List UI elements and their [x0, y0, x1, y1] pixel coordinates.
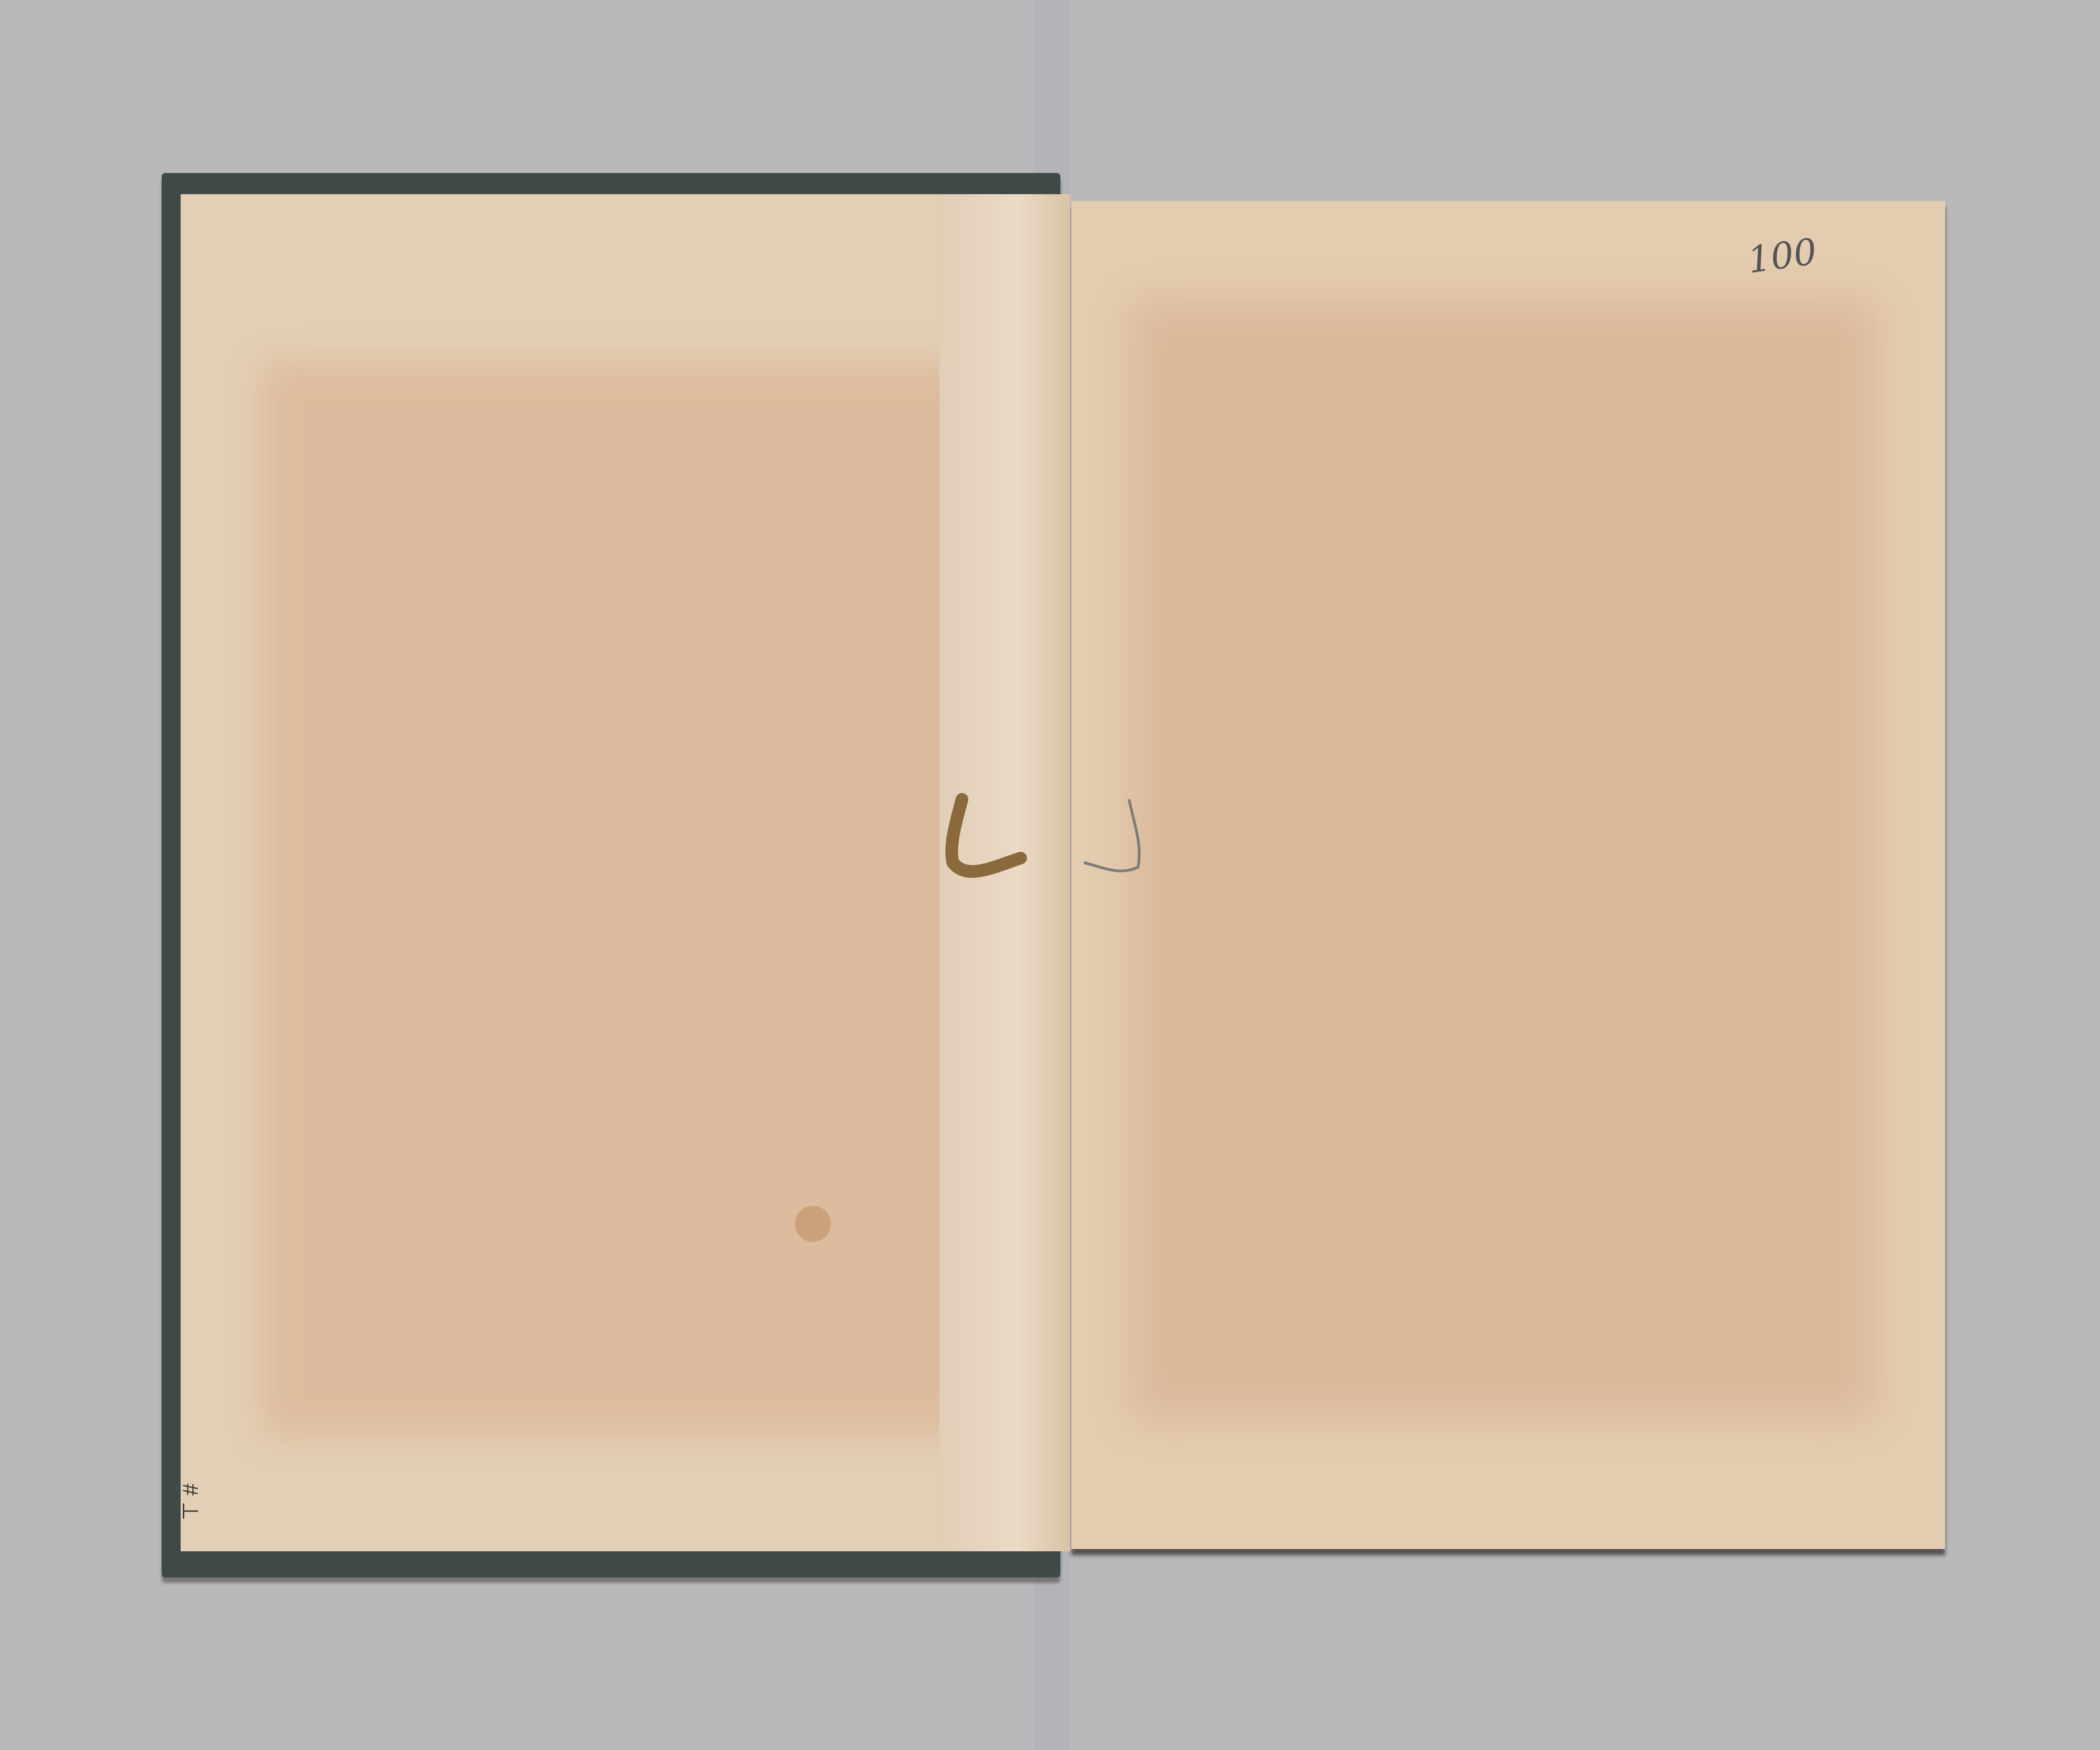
right-page	[1071, 201, 1945, 1549]
margin-mark: # ⊥	[177, 1484, 202, 1521]
foxing-stain	[1130, 300, 1875, 1420]
left-endpaper	[181, 194, 1055, 1551]
wormhole-trail-icon	[939, 790, 1165, 890]
stain-spot	[795, 1206, 831, 1242]
foxing-stain	[262, 361, 975, 1436]
